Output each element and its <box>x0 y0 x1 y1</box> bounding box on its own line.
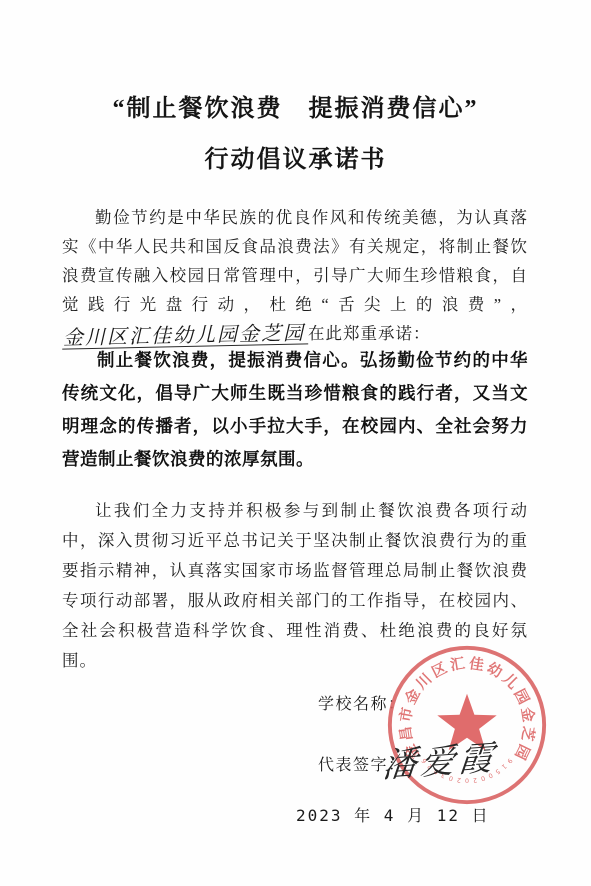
title-line-1: “制止餐饮浪费 提振消费信心” <box>0 88 591 123</box>
document-page: “制止餐饮浪费 提振消费信心” 行动倡议承诺书 勤俭节约是中华民族的优良作风和传… <box>0 0 591 886</box>
svg-text:金: 金 <box>518 706 538 724</box>
opening-paragraph-text: 勤俭节约是中华民族的优良作风和传统美德，为认真落实《中华人民共和国反食品浪费法》… <box>62 208 528 314</box>
svg-text:区: 区 <box>429 659 450 681</box>
svg-text:芝: 芝 <box>518 725 538 742</box>
svg-text:园: 园 <box>511 741 533 762</box>
svg-text:1: 1 <box>500 762 508 770</box>
svg-text:汇: 汇 <box>449 655 466 674</box>
svg-text:园: 园 <box>510 686 532 707</box>
opening-paragraph: 勤俭节约是中华民族的优良作风和传统美德，为认真落实《中华人民共和国反食品浪费法》… <box>62 203 528 348</box>
pledge-paragraph: 制止餐饮浪费，提振消费信心。弘扬勤俭节约的中华传统文化，倡导广大师生既当珍惜粮食… <box>62 344 528 476</box>
pledge-intro-text: 在此郑重承诺： <box>308 324 431 343</box>
svg-text:市: 市 <box>396 706 416 724</box>
svg-text:9: 9 <box>505 757 513 765</box>
representative-signature: 潘爱霞 <box>381 730 500 787</box>
title-line-2: 行动倡议承诺书 <box>0 139 591 174</box>
svg-text:佳: 佳 <box>468 655 485 674</box>
